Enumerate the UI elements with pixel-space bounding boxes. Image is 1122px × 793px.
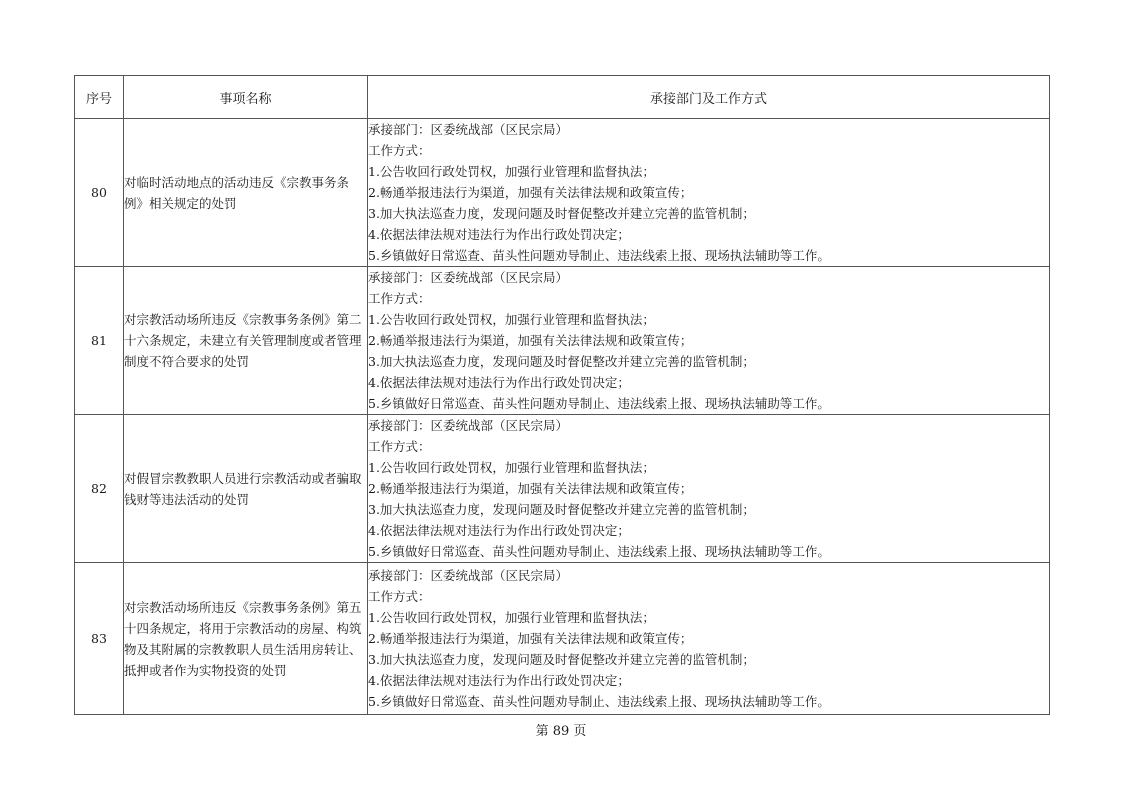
method-line: 4.依据法律法规对违法行为作出行政处罚决定； <box>368 224 1049 245</box>
table-row: 80 对临时活动地点的活动违反《宗教事务条例》相关规定的处罚 承接部门：区委统战… <box>75 119 1050 267</box>
method-line: 1.公告收回行政处罚权，加强行业管理和监督执法； <box>368 161 1049 182</box>
method-line: 2.畅通举报违法行为渠道，加强有关法律法规和政策宣传； <box>368 330 1049 351</box>
method-line: 1.公告收回行政处罚权，加强行业管理和监督执法； <box>368 457 1049 478</box>
method-cell: 承接部门：区委统战部（区民宗局） 工作方式： 1.公告收回行政处罚权，加强行业管… <box>368 563 1050 715</box>
method-line: 3.加大执法巡查力度，发现问题及时督促整改并建立完善的监管机制； <box>368 203 1049 224</box>
method-line: 1.公告收回行政处罚权，加强行业管理和监督执法； <box>368 309 1049 330</box>
method-line: 5.乡镇做好日常巡查、苗头性问题劝导制止、违法线索上报、现场执法辅助等工作。 <box>368 541 1049 562</box>
table-row: 81 对宗教活动场所违反《宗教事务条例》第二十六条规定，未建立有关管理制度或者管… <box>75 267 1050 415</box>
row-number: 82 <box>75 415 124 563</box>
method-line: 承接部门：区委统战部（区民宗局） <box>368 119 1049 140</box>
method-line: 5.乡镇做好日常巡查、苗头性问题劝导制止、违法线索上报、现场执法辅助等工作。 <box>368 245 1049 266</box>
method-cell: 承接部门：区委统战部（区民宗局） 工作方式： 1.公告收回行政处罚权，加强行业管… <box>368 119 1050 267</box>
header-method: 承接部门及工作方式 <box>368 76 1050 119</box>
header-no: 序号 <box>75 76 124 119</box>
method-line: 工作方式： <box>368 436 1049 457</box>
method-line: 2.畅通举报违法行为渠道，加强有关法律法规和政策宣传； <box>368 478 1049 499</box>
row-number: 83 <box>75 563 124 715</box>
method-line: 承接部门：区委统战部（区民宗局） <box>368 267 1049 288</box>
header-name: 事项名称 <box>124 76 368 119</box>
method-line: 工作方式： <box>368 288 1049 309</box>
row-number: 80 <box>75 119 124 267</box>
method-line: 5.乡镇做好日常巡查、苗头性问题劝导制止、违法线索上报、现场执法辅助等工作。 <box>368 393 1049 414</box>
table-row: 82 对假冒宗教教职人员进行宗教活动或者骗取钱财等违法活动的处罚 承接部门：区委… <box>75 415 1050 563</box>
method-line: 3.加大执法巡查力度，发现问题及时督促整改并建立完善的监管机制； <box>368 351 1049 372</box>
method-line: 工作方式： <box>368 140 1049 161</box>
table-row: 83 对宗教活动场所违反《宗教事务条例》第五十四条规定，将用于宗教活动的房屋、构… <box>75 563 1050 715</box>
method-line: 4.依据法律法规对违法行为作出行政处罚决定； <box>368 372 1049 393</box>
method-line: 4.依据法律法规对违法行为作出行政处罚决定； <box>368 520 1049 541</box>
method-line: 承接部门：区委统战部（区民宗局） <box>368 415 1049 436</box>
method-line: 工作方式： <box>368 586 1049 607</box>
method-line: 3.加大执法巡查力度，发现问题及时督促整改并建立完善的监管机制； <box>368 499 1049 520</box>
row-number: 81 <box>75 267 124 415</box>
items-table: 序号 事项名称 承接部门及工作方式 80 对临时活动地点的活动违反《宗教事务条例… <box>74 75 1050 715</box>
method-cell: 承接部门：区委统战部（区民宗局） 工作方式： 1.公告收回行政处罚权，加强行业管… <box>368 415 1050 563</box>
method-line: 1.公告收回行政处罚权，加强行业管理和监督执法； <box>368 607 1049 628</box>
item-name: 对宗教活动场所违反《宗教事务条例》第五十四条规定，将用于宗教活动的房屋、构筑物及… <box>124 563 368 715</box>
table-header-row: 序号 事项名称 承接部门及工作方式 <box>75 76 1050 119</box>
method-line: 承接部门：区委统战部（区民宗局） <box>368 565 1049 586</box>
method-line: 3.加大执法巡查力度，发现问题及时督促整改并建立完善的监管机制； <box>368 649 1049 670</box>
item-name: 对临时活动地点的活动违反《宗教事务条例》相关规定的处罚 <box>124 119 368 267</box>
method-cell: 承接部门：区委统战部（区民宗局） 工作方式： 1.公告收回行政处罚权，加强行业管… <box>368 267 1050 415</box>
method-line: 5.乡镇做好日常巡查、苗头性问题劝导制止、违法线索上报、现场执法辅助等工作。 <box>368 691 1049 712</box>
method-line: 2.畅通举报违法行为渠道，加强有关法律法规和政策宣传； <box>368 182 1049 203</box>
method-line: 2.畅通举报违法行为渠道，加强有关法律法规和政策宣传； <box>368 628 1049 649</box>
page-number: 第 89 页 <box>0 720 1122 739</box>
method-line: 4.依据法律法规对违法行为作出行政处罚决定； <box>368 670 1049 691</box>
item-name: 对宗教活动场所违反《宗教事务条例》第二十六条规定，未建立有关管理制度或者管理制度… <box>124 267 368 415</box>
item-name: 对假冒宗教教职人员进行宗教活动或者骗取钱财等违法活动的处罚 <box>124 415 368 563</box>
